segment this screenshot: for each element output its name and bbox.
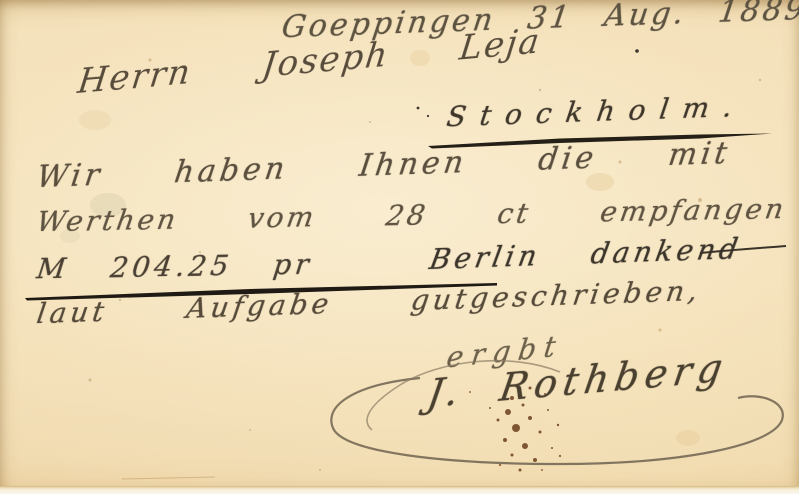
crease-line [122, 477, 215, 479]
postcard-scan: Goeppingen 31 Aug. 1889. Herrn Joseph Le… [0, 0, 799, 494]
handwritten-body-line-2: Werthen vom 28 ct empfangen [34, 192, 789, 238]
handwritten-recipient-city: Stockholm. [445, 89, 749, 133]
handwritten-amount: M 204.25 pr [35, 247, 315, 285]
handwritten-body-line-1: Wir haben Ihnen die mit [35, 136, 734, 195]
handwritten-amount-right: Berlin dankend [427, 232, 744, 276]
card-bottom-edge [0, 486, 799, 494]
